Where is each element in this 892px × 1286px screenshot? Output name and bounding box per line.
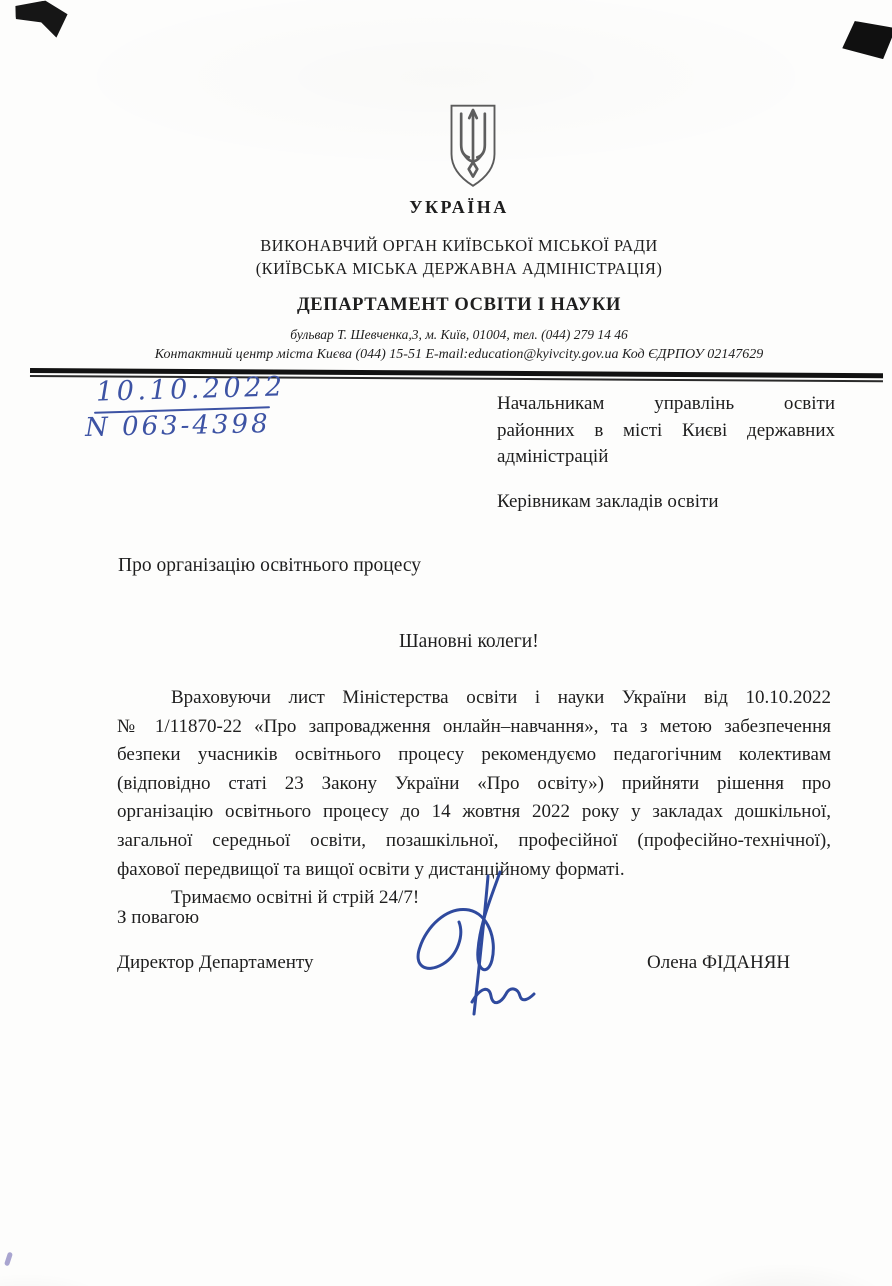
country-title: УКРАЇНА [0,197,892,218]
body-line: організацію освітнього процесу до 14 жов… [117,798,831,827]
body-line: загальної середньої освіти, позашкільної… [117,827,831,856]
body-line: (відповідно статі 23 Закону України «Про… [117,770,831,799]
closing-phrase: З повагою [117,907,199,929]
org-name-line1: ВИКОНАВЧИЙ ОРГАН КИЇВСЬКОЇ МІСЬКОЇ РАДИ [0,236,892,256]
letterhead-address-line: бульвар Т. Шевченка,3, м. Київ, 01004, т… [0,327,892,343]
scan-corner-artifact-top-right [840,21,892,60]
addressee-second-block: Керівникам закладів освіти [497,491,719,513]
body-line: Враховуючи лист Міністерства освіти і на… [117,684,831,713]
handwritten-date: 10.10.2022 [96,371,286,407]
letterhead-contacts-line: Контактний центр міста Києва (044) 15-51… [0,347,892,363]
addressee-line: Начальникам управлінь освіти [497,391,835,418]
ukraine-trident-icon [446,103,500,189]
addressee-block: Начальникам управлінь освіти районних в … [497,391,835,471]
body-line: № 1/11870-22 «Про запровадження онлайн–н… [117,713,831,742]
scan-corner-artifact-top-left [14,0,70,42]
department-title: ДЕПАРТАМЕНТ ОСВІТИ І НАУКИ [0,295,892,316]
scan-ink-speck-bottom-left [4,1252,13,1267]
signer-name: Олена ФІДАНЯН [647,952,790,974]
scanned-letter-page: УКРАЇНА ВИКОНАВЧИЙ ОРГАН КИЇВСЬКОЇ МІСЬК… [0,0,892,1286]
addressee-line: районних в місті Києві державних [497,418,835,445]
body-line: безпеки учасників освітнього процесу рек… [117,741,831,770]
signer-title: Директор Департаменту [117,952,313,974]
signature-ink [396,868,571,1020]
subject-line: Про організацію освітнього процесу [118,555,421,577]
salutation: Шановні колеги! [399,631,539,653]
org-name-line2: (КИЇВСЬКА МІСЬКА ДЕРЖАВНА АДМІНІСТРАЦІЯ) [0,259,892,279]
handwritten-reg-number: N 063-4398 [85,409,271,443]
addressee-line: адміністрацій [497,444,835,471]
